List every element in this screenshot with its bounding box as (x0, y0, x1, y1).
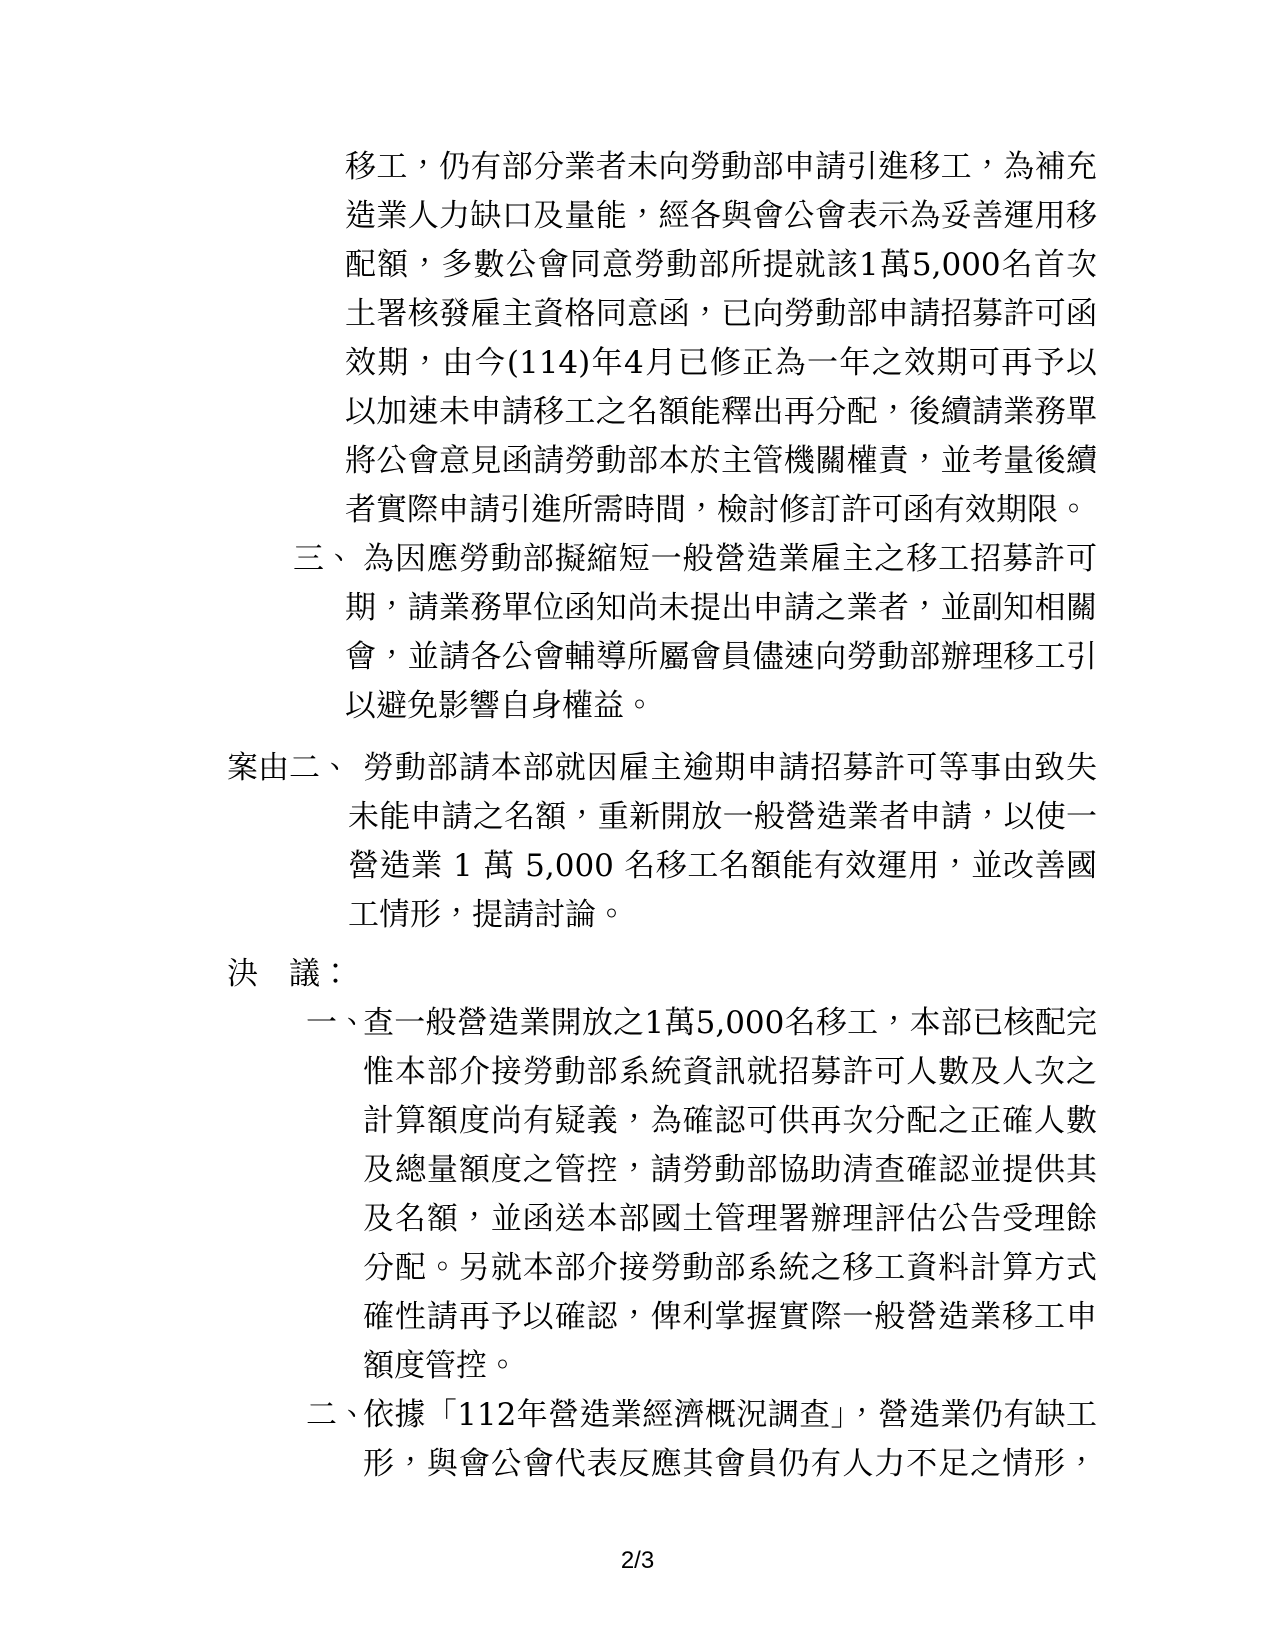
text-line: 工情形，提請討論。 (348, 891, 1097, 940)
resolution-item-one: 一、查一般營造業開放之1萬5,000名移工，本部已核配完畢，惟本部介接勞動部系統… (227, 999, 1097, 1391)
list-marker: 一、 (306, 999, 368, 1048)
text-line: 及名額，並函送本部國土管理署辦理評估公告受理餘額之 (363, 1195, 1097, 1244)
text-line: 會，並請各公會輔導所屬會員儘速向勞動部辦理移工引進， (345, 633, 1097, 682)
text-line: 分配。另就本部介接勞動部系統之移工資料計算方式及正 (363, 1244, 1097, 1293)
list-marker: 二、 (306, 1391, 368, 1440)
text-line: 效期，由今(114)年4月已修正為一年之效期可再予以縮短， (345, 339, 1097, 388)
text-line: 依據「112年營造業經濟概況調查」，營造業仍有缺工之情 (363, 1391, 1097, 1440)
text-line: 查一般營造業開放之1萬5,000名移工，本部已核配完畢， (363, 999, 1097, 1048)
text-line: 將公會意見函請勞動部本於主管機關權責，並考量後續業 (345, 437, 1097, 486)
text-line: 期，請業務單位函知尚未提出申請之業者，並副知相關公 (345, 584, 1097, 633)
page-number: 2/3 (0, 1546, 1275, 1576)
text-line: 確性請再予以確認，俾利掌握實際一般營造業移工申請之 (363, 1293, 1097, 1342)
text-line: 形，與會公會代表反應其會員仍有人力不足之情形，為有 (363, 1440, 1097, 1489)
text-line: 惟本部介接勞動部系統資訊就招募許可人數及人次之數據 (363, 1048, 1097, 1097)
text-line: 額度管控。 (363, 1342, 1097, 1391)
text-line: 決 議： (227, 950, 1097, 999)
document-page: 移工，仍有部分業者未向勞動部申請引進移工，為補充營造業人力缺口及量能，經各與會公… (0, 0, 1275, 1650)
text-line: 以加速未申請移工之名額能釋出再分配，後續請業務單位 (345, 388, 1097, 437)
resolution-heading: 決 議： (227, 950, 1097, 999)
text-line: 勞動部請本部就因雇主逾期申請招募許可等事由致失效而 (363, 744, 1097, 793)
list-marker: 案由二、 (227, 744, 351, 793)
text-line: 以避免影響自身權益。 (345, 682, 1097, 731)
text-line: 為因應勞動部擬縮短一般營造業雇主之移工招募許可函效 (363, 535, 1097, 584)
text-line: 者實際申請引進所需時間，檢討修訂許可函有效期限。 (345, 486, 1097, 535)
text-line: 配額，多數公會同意勞動部所提就該1萬5,000名首次經國 (345, 241, 1097, 290)
resolution-item-two: 二、依據「112年營造業經濟概況調查」，營造業仍有缺工之情形，與會公會代表反應其… (227, 1391, 1097, 1489)
item-three: 三、為因應勞動部擬縮短一般營造業雇主之移工招募許可函效期，請業務單位函知尚未提出… (227, 535, 1097, 731)
continued-paragraph: 移工，仍有部分業者未向勞動部申請引進移工，為補充營造業人力缺口及量能，經各與會公… (227, 143, 1097, 535)
text-line: 及總量額度之管控，請勞動部協助清查確認並提供其類型 (363, 1146, 1097, 1195)
text-line: 土署核發雇主資格同意函，已向勞動部申請招募許可函之 (345, 290, 1097, 339)
text-line: 未能申請之名額，重新開放一般營造業者申請，以使一般 (348, 793, 1097, 842)
text-line: 計算額度尚有疑義，為確認可供再次分配之正確人數資訊 (363, 1097, 1097, 1146)
document-body: 移工，仍有部分業者未向勞動部申請引進移工，為補充營造業人力缺口及量能，經各與會公… (227, 143, 1097, 1489)
text-line: 移工，仍有部分業者未向勞動部申請引進移工，為補充營 (345, 143, 1097, 192)
text-line: 造業人力缺口及量能，經各與會公會表示為妥善運用移工 (345, 192, 1097, 241)
case-two: 案由二、勞動部請本部就因雇主逾期申請招募許可等事由致失效而未能申請之名額，重新開… (227, 744, 1097, 940)
text-line: 營造業 1 萬 5,000 名移工名額能有效運用，並改善國內缺 (348, 842, 1097, 891)
list-marker: 三、 (293, 535, 355, 584)
